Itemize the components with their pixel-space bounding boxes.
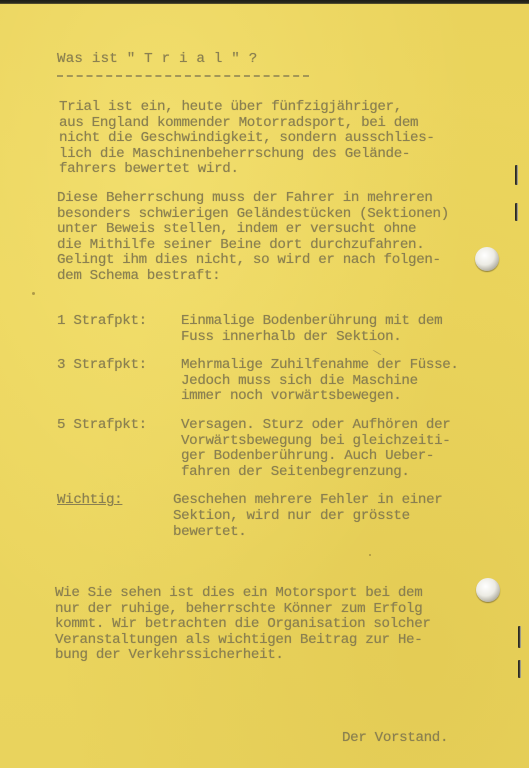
penalty-list: 1 Strafpkt: Einmalige Bodenberührung mit… (57, 314, 459, 553)
signature: Der Vorstand. (342, 731, 448, 747)
document-title: Was ist " T r i a l " ? (57, 52, 257, 68)
important-description: Geschehen mehrere Fehler in einer Sektio… (173, 493, 459, 540)
important-label: Wichtig: (57, 493, 122, 509)
punch-hole-icon (475, 247, 499, 271)
staple-mark-icon (518, 660, 521, 678)
scan-top-edge (0, 0, 529, 4)
penalty-item-1: 1 Strafpkt: Einmalige Bodenberührung mit… (57, 314, 459, 345)
important-note: Wichtig: Geschehen mehrere Fehler in ein… (57, 493, 459, 540)
paper-speck (32, 292, 35, 295)
title-underline (57, 75, 309, 77)
explanation-paragraph: Diese Beherrschung muss der Fahrer in me… (57, 191, 449, 285)
intro-paragraph: Trial ist ein, heute über fünfzigjährige… (59, 100, 435, 178)
punch-hole-icon (476, 578, 500, 602)
penalty-label: 5 Strafpkt: (57, 418, 147, 434)
penalty-label: 3 Strafpkt: (57, 358, 147, 374)
closing-paragraph: Wie Sie sehen ist dies ein Motorsport be… (55, 586, 431, 664)
penalty-description: Mehrmalige Zuhilfenahme der Füsse. Jedoc… (181, 358, 459, 405)
staple-mark-icon (515, 203, 518, 221)
staple-mark-icon (518, 626, 521, 648)
penalty-item-3: 3 Strafpkt: Mehrmalige Zuhilfenahme der … (57, 358, 459, 405)
penalty-description: Versagen. Sturz oder Aufhören der Vorwär… (181, 418, 459, 480)
staple-mark-icon (515, 165, 518, 185)
paper-speck (369, 554, 371, 556)
penalty-description: Einmalige Bodenberührung mit dem Fuss in… (181, 314, 459, 345)
penalty-item-5: 5 Strafpkt: Versagen. Sturz oder Aufhöre… (57, 418, 459, 480)
penalty-label: 1 Strafpkt: (57, 314, 147, 330)
